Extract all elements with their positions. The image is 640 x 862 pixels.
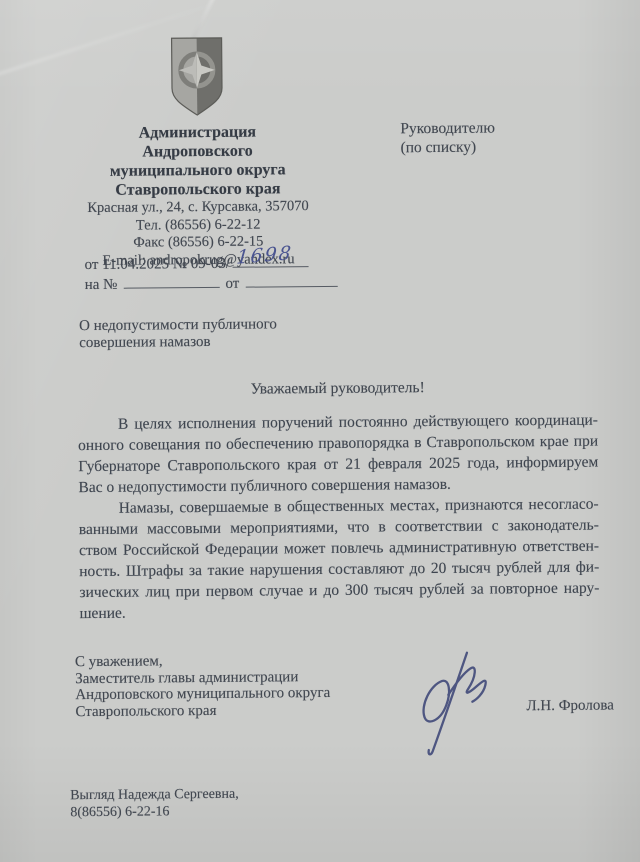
address-line: Красная ул., 24, с. Курсавка, 357070 — [50, 198, 346, 218]
reference-number-blank — [123, 273, 219, 289]
reference-ot-label: от — [225, 276, 239, 292]
letter-content: Администрация Андроповского муниципально… — [0, 0, 640, 862]
executor-block: Выгляд Надежда Сергеевна, 8(86556) 6-22-… — [70, 787, 239, 821]
letter-body: В целях исполнения поручений постоянно д… — [78, 410, 600, 625]
signer-name: Л.Н. Фролова — [526, 697, 614, 715]
org-name-line: Администрация — [49, 122, 345, 144]
scanned-letter-page: Администрация Андроповского муниципально… — [0, 0, 640, 862]
subject-block: О недопустимости публичного совершения н… — [79, 315, 379, 352]
executor-phone: 8(86556) 6-22-16 — [70, 803, 239, 821]
executor-name: Выгляд Надежда Сергеевна, — [70, 787, 239, 805]
recipient-block: Руководителю (по списку) — [400, 118, 495, 157]
signer-title-line: Ставропольского края — [75, 701, 435, 721]
org-name-line: Ставропольского края — [50, 179, 346, 201]
salutation: Уважаемый руководитель! — [78, 378, 598, 401]
recipient-line: Руководителю — [400, 118, 495, 138]
reference-line: на №от — [85, 271, 405, 294]
org-name-line: Андроповского — [49, 141, 345, 163]
reference-na-label: на № — [85, 277, 118, 293]
closing-block: С уважением, Заместитель главы администр… — [75, 651, 436, 720]
signature-scribble — [404, 646, 515, 759]
reference-date-blank — [245, 272, 337, 288]
outgoing-number-prefix: от 11.04.2025 № 09-03/ — [84, 256, 230, 273]
letterhead: Администрация Андроповского муниципально… — [49, 34, 347, 271]
coat-of-arms-icon — [168, 35, 227, 120]
recipient-line: (по списку) — [400, 137, 495, 157]
subject-line: совершения намазов — [79, 332, 379, 352]
outgoing-number-line: от 11.04.2025 № 09-03/1698 — [84, 251, 404, 274]
org-name-line: муниципального округа — [50, 160, 346, 182]
outgoing-number-blank: 1698 — [232, 252, 308, 268]
handwritten-number: 1698 — [235, 242, 293, 269]
